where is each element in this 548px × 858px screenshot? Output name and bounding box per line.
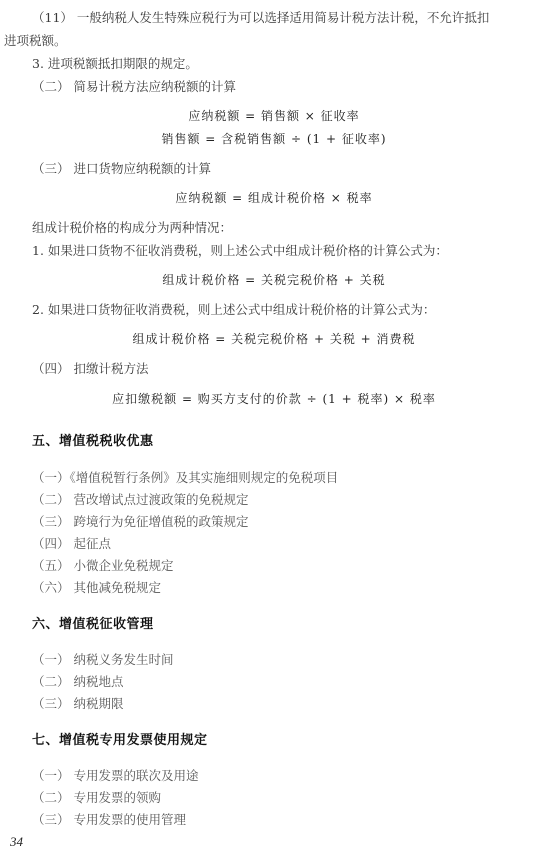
section-5-item: （一）《增值税暂行条例》及其实施细则规定的免税项目 <box>32 470 338 486</box>
paragraph-11-line-2: 进项税额。 <box>4 33 67 49</box>
formula-import-tax: 应纳税额 = 组成计税价格 × 税率 <box>0 190 548 206</box>
paragraph-3: 3. 进项税额抵扣期限的规定。 <box>32 56 198 72</box>
formula-withholding: 应扣缴税额 = 购买方支付的价款 ÷ (1 + 税率) × 税率 <box>0 391 548 407</box>
formula-composition-1: 组成计税价格 = 关税完税价格 + 关税 <box>0 272 548 288</box>
section-4-title: （四） 扣缴计税方法 <box>32 361 148 377</box>
section-7-item: （二） 专用发票的领购 <box>32 790 161 806</box>
section-6-heading: 六、增值税征收管理 <box>32 617 154 633</box>
section-5-item: （三） 跨境行为免征增值税的政策规定 <box>32 514 248 530</box>
formula-sales-amount: 销售额 = 含税销售额 ÷ (1 + 征收率) <box>0 131 548 147</box>
section-7-item: （三） 专用发票的使用管理 <box>32 812 186 828</box>
section-6-item: （三） 纳税期限 <box>32 696 123 712</box>
formula-composition-2: 组成计税价格 = 关税完税价格 + 关税 + 消费税 <box>0 331 548 347</box>
section-5-heading: 五、增值税税收优惠 <box>32 434 154 450</box>
section-3-title: （三） 进口货物应纳税额的计算 <box>32 161 211 177</box>
paragraph-11-line-1: （11） 一般纳税人发生特殊应税行为可以选择适用简易计税方法计税，不允许抵扣 <box>32 10 489 26</box>
section-5-item: （二） 营改增试点过渡政策的免税规定 <box>32 492 248 508</box>
section-5-item: （五） 小微企业免税规定 <box>32 558 173 574</box>
section-5-item: （六） 其他减免税规定 <box>32 580 161 596</box>
section-2-title: （二） 简易计税方法应纳税额的计算 <box>32 79 236 95</box>
composition-intro: 组成计税价格的构成分为两种情况： <box>32 220 232 236</box>
section-6-item: （一） 纳税义务发生时间 <box>32 652 173 668</box>
case-2: 2. 如果进口货物征收消费税，则上述公式中组成计税价格的计算公式为： <box>32 302 435 318</box>
formula-tax-payable: 应纳税额 = 销售额 × 征收率 <box>0 108 548 124</box>
page-number: 34 <box>10 834 23 850</box>
section-7-item: （一） 专用发票的联次及用途 <box>32 768 198 784</box>
section-5-item: （四） 起征点 <box>32 536 111 552</box>
section-6-item: （二） 纳税地点 <box>32 674 123 690</box>
case-1: 1. 如果进口货物不征收消费税，则上述公式中组成计税价格的计算公式为： <box>32 243 448 259</box>
section-7-heading: 七、增值税专用发票使用规定 <box>32 733 208 749</box>
